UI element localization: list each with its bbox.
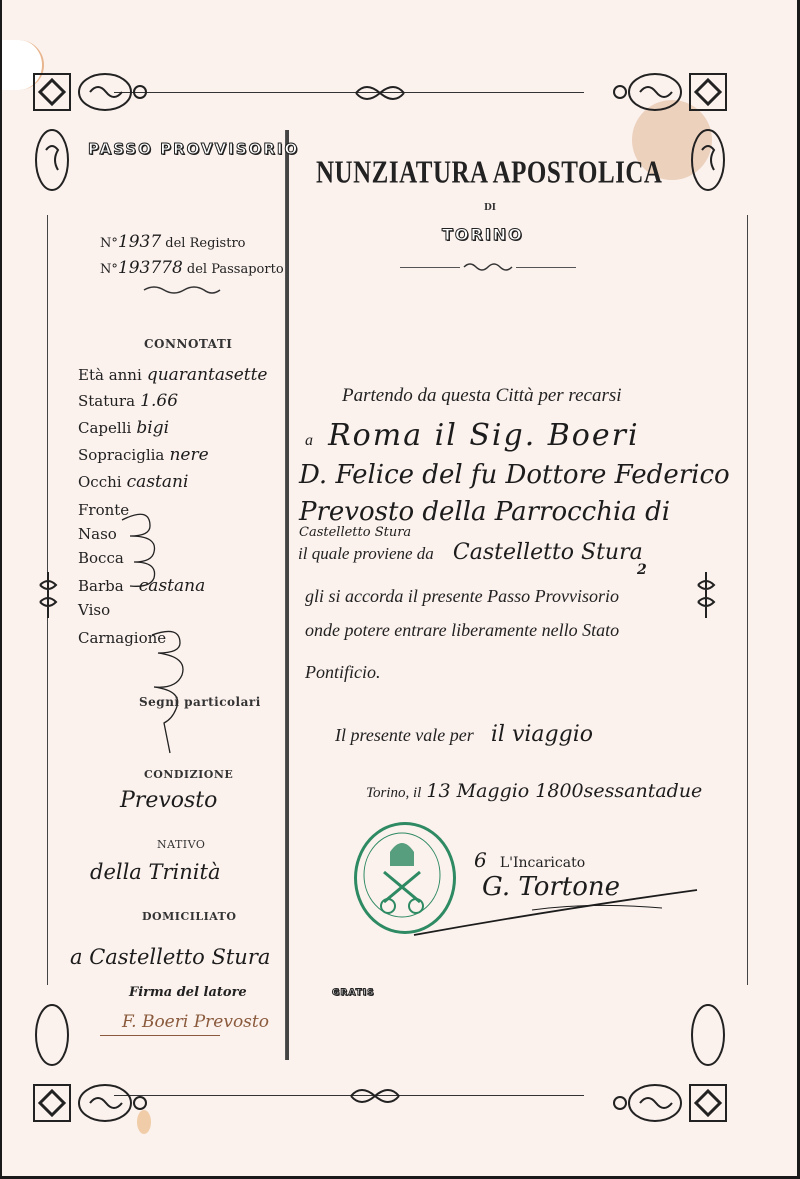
title-flourish-icon bbox=[460, 260, 516, 274]
body-line-9: Il presente vale per il viaggio bbox=[335, 722, 593, 747]
registro-prefix: N° bbox=[100, 236, 118, 251]
body-line-8: Pontificio. bbox=[305, 662, 381, 683]
registro-line: N°1937 del Registro bbox=[100, 232, 245, 252]
body-line-5: il quale proviene da Castelletto Stura bbox=[298, 540, 643, 565]
ornament-corner-bl-icon bbox=[30, 985, 180, 1125]
segni-particolari-label: Segni particolari bbox=[139, 695, 261, 709]
body-line-6: gli si accorda il presente Passo Provvis… bbox=[305, 586, 619, 607]
condizione-value: Prevosto bbox=[120, 788, 217, 813]
ornament-bottom-center-icon bbox=[347, 1083, 403, 1109]
connotati-row: Fronte bbox=[78, 500, 283, 524]
connotati-list: Età anni quarantasette Statura 1.66 Cape… bbox=[78, 365, 283, 656]
blank-mark-curl-icon bbox=[120, 510, 160, 590]
body-line-7: onde potere entrare liberamente nello St… bbox=[305, 620, 619, 641]
flourish-divider-icon bbox=[142, 284, 222, 296]
body-line-4-handwritten: Prevosto della Parrocchia di bbox=[299, 497, 670, 527]
right-border-line bbox=[747, 215, 748, 985]
ornament-left-mid-icon bbox=[37, 570, 59, 620]
incaricato-line: 6 L'Incaricato bbox=[474, 848, 585, 872]
passaporto-prefix: N° bbox=[100, 262, 118, 277]
validity-handwritten: il viaggio bbox=[491, 722, 593, 747]
ornament-corner-br-icon bbox=[580, 985, 730, 1125]
body-line-1: Partendo da questa Città per recarsi bbox=[342, 385, 622, 407]
connotati-row: Capelli bigi bbox=[78, 418, 283, 445]
passport-document: PASSO PROVVISORIO N°1937 del Registro N°… bbox=[2, 0, 797, 1176]
passo-provvisorio-heading: PASSO PROVVISORIO bbox=[88, 140, 299, 158]
connotati-row: Sopraciglia nere bbox=[78, 445, 283, 472]
column-divider bbox=[285, 130, 289, 1060]
registro-suffix: del Registro bbox=[165, 236, 245, 251]
date-line: Torino, il 13 Maggio 1800sessantadue bbox=[366, 780, 702, 802]
torino-city: TORINO bbox=[442, 225, 524, 244]
blank-mark-curl-icon bbox=[150, 625, 190, 755]
nativo-value: della Trinità bbox=[90, 860, 220, 884]
nativo-label: NATIVO bbox=[157, 838, 205, 851]
signature-underline bbox=[100, 1035, 220, 1036]
firma-label: Firma del latore bbox=[129, 985, 247, 1000]
ornament-right-mid-icon bbox=[695, 570, 717, 620]
connotati-row: Statura 1.66 bbox=[78, 391, 283, 418]
date-handwritten: 13 Maggio 1800sessantadue bbox=[426, 780, 702, 802]
passaporto-line: N°193778 del Passaporto bbox=[100, 258, 284, 278]
destination-handwritten: Roma il Sig. Boeri bbox=[328, 418, 639, 453]
registro-number: 1937 bbox=[118, 232, 161, 252]
origin-handwritten: Castelletto Stura bbox=[453, 540, 643, 565]
connotati-heading: CONNOTATI bbox=[144, 337, 232, 351]
body-line-4b-handwritten: Castelletto Stura bbox=[299, 525, 411, 540]
domiciliato-value: a Castelletto Stura bbox=[70, 945, 270, 969]
connotati-row: Occhi castani bbox=[78, 472, 283, 500]
nunziatura-title: NUNZIATURA APOSTOLICA bbox=[316, 156, 662, 191]
connotati-row: Viso bbox=[78, 600, 283, 628]
connotati-row: Naso bbox=[78, 524, 283, 548]
passaporto-suffix: del Passaporto bbox=[187, 262, 284, 277]
di-label: DI bbox=[484, 203, 496, 213]
connotati-row: Bocca bbox=[78, 548, 283, 576]
bearer-signature: F. Boeri Prevosto bbox=[122, 1012, 269, 1032]
gratis-label: GRATIS bbox=[332, 988, 375, 998]
connotati-row: Barba castana bbox=[78, 576, 283, 600]
body-line-3-handwritten: D. Felice del fu Dottore Federico bbox=[299, 460, 730, 490]
connotati-row: Età anni quarantasette bbox=[78, 365, 283, 391]
passaporto-number: 193778 bbox=[118, 258, 183, 278]
domiciliato-label: DOMICILIATO bbox=[142, 910, 236, 923]
condizione-label: CONDIZIONE bbox=[144, 768, 233, 781]
top-border-line bbox=[114, 92, 584, 93]
body-line-2: a Roma il Sig. Boeri bbox=[305, 418, 640, 453]
ornament-top-center-icon bbox=[352, 80, 408, 106]
note-mark: 2 bbox=[637, 562, 647, 578]
signature-flourish-icon bbox=[412, 880, 702, 940]
